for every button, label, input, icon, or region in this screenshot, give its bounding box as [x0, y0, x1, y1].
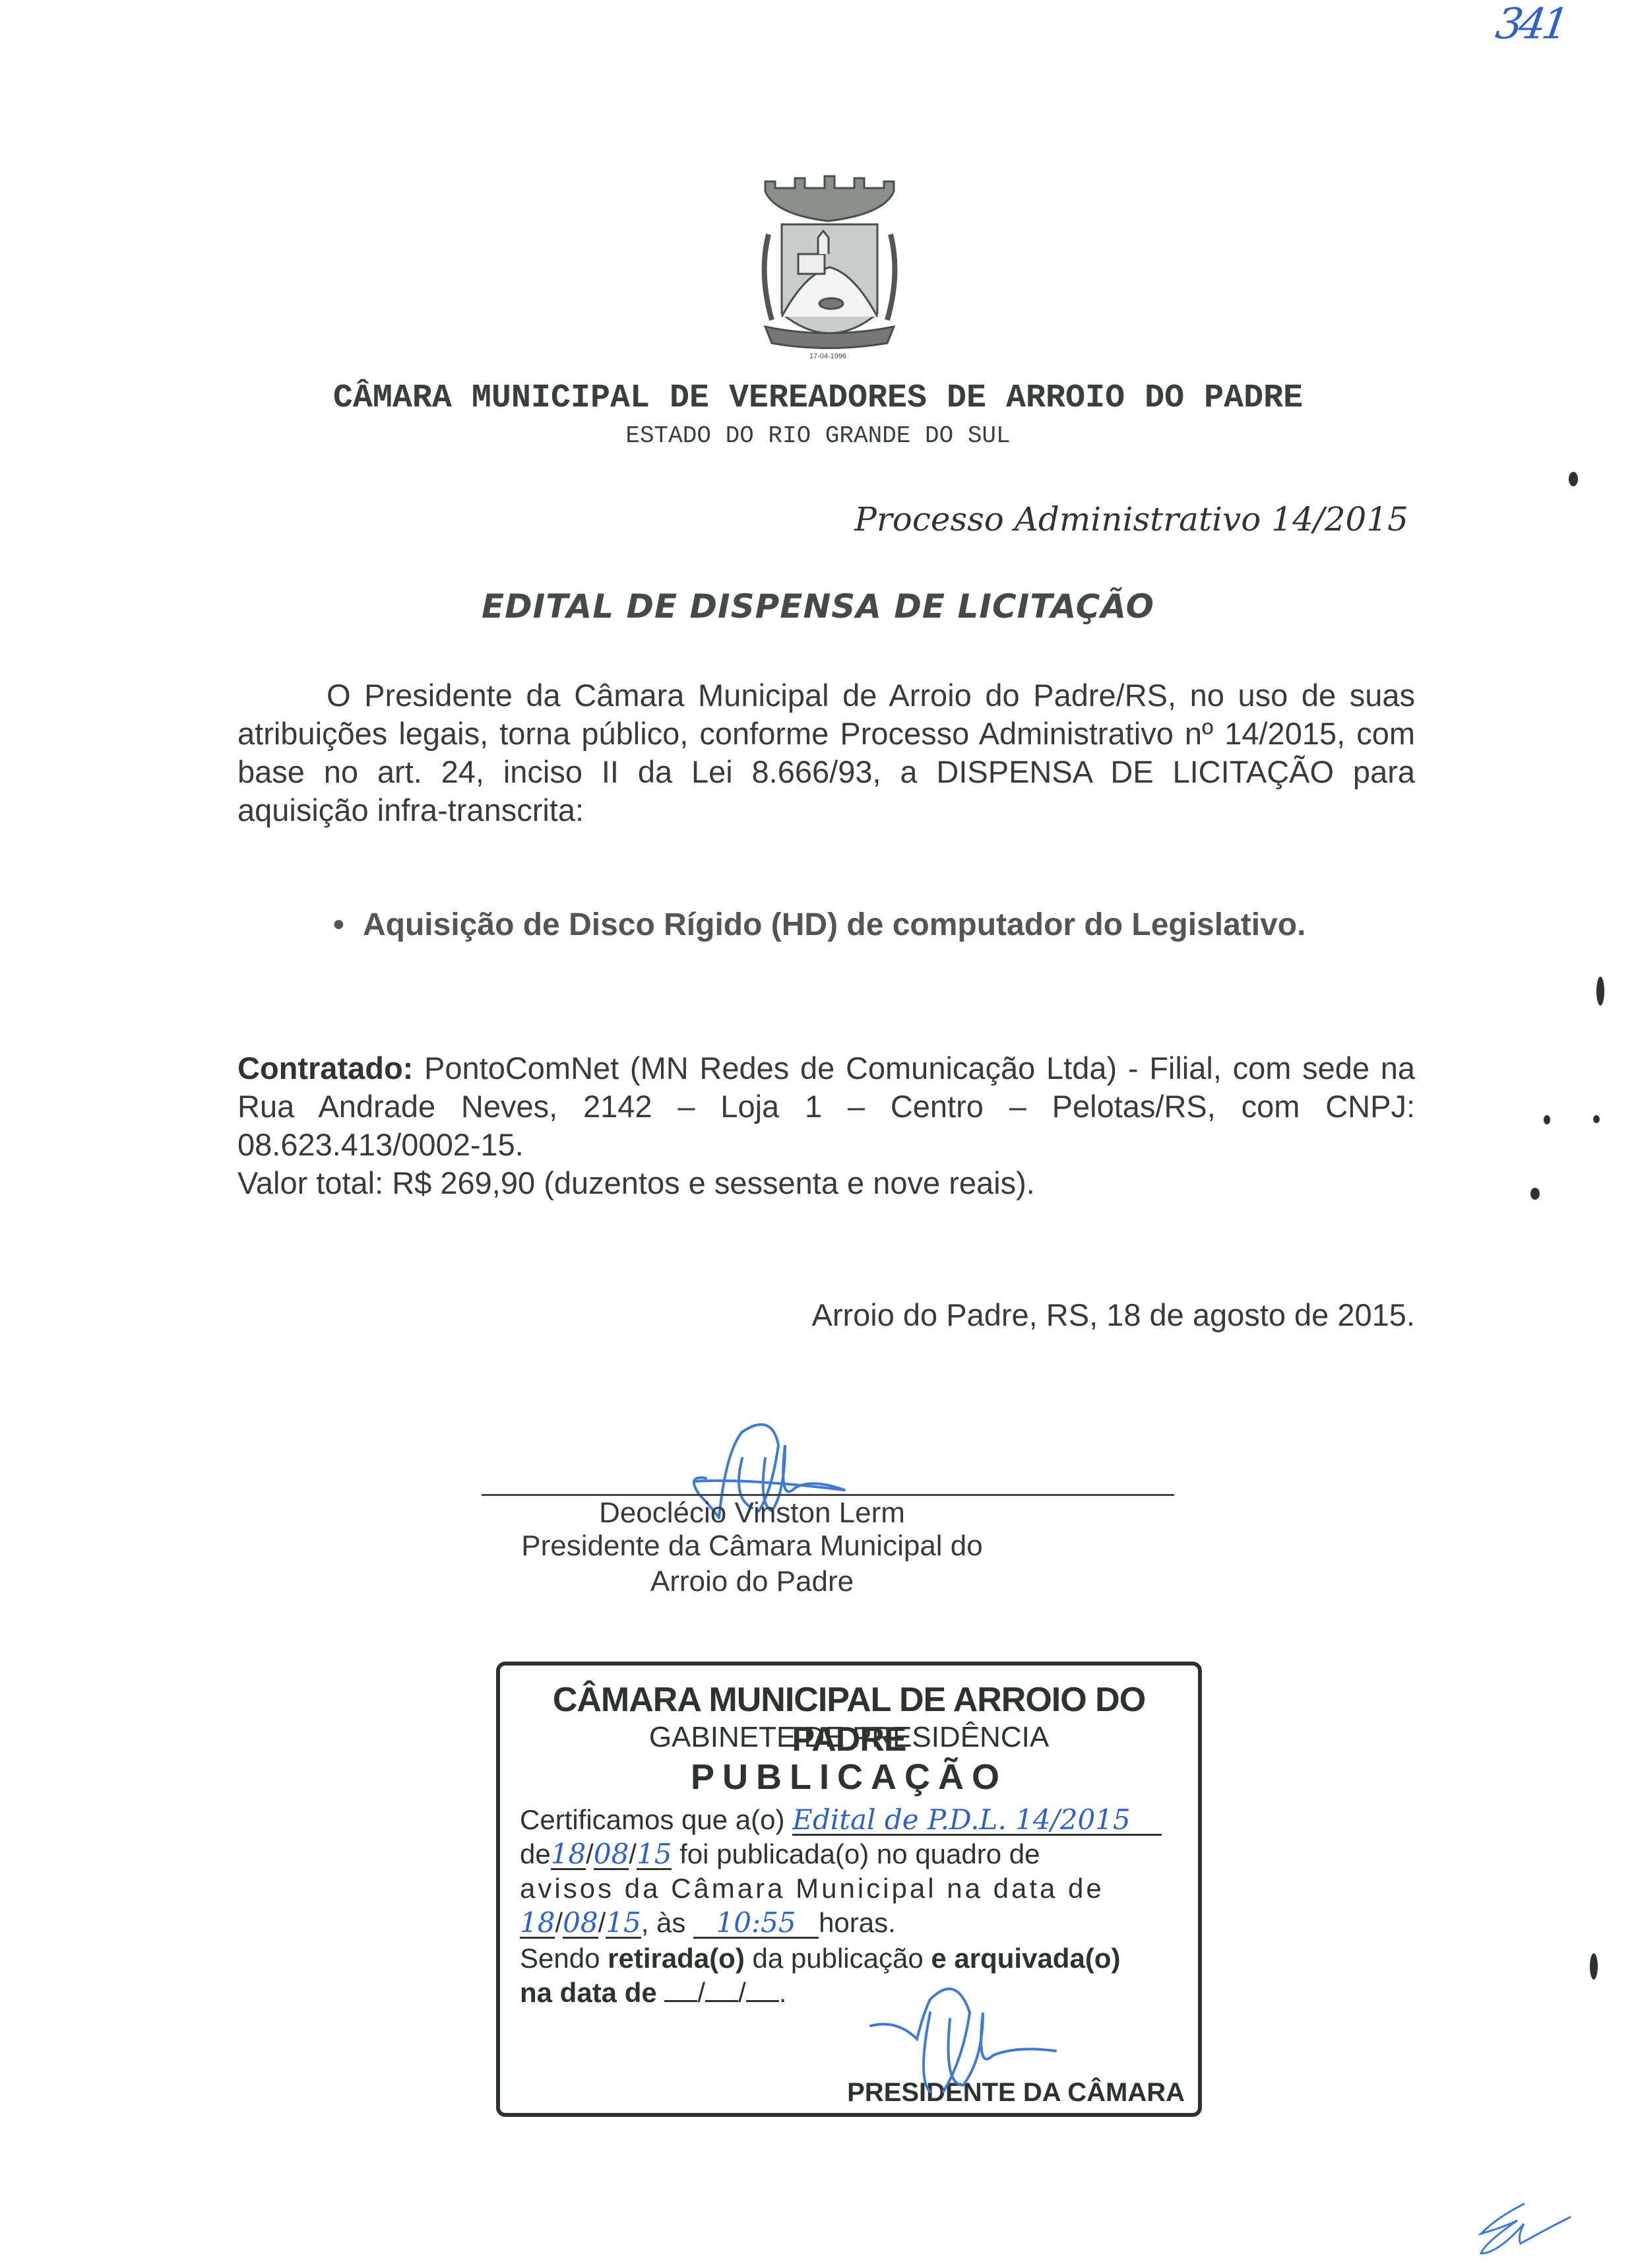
place-date: Arroio do Padre, RS, 18 de agosto de 201…	[811, 1297, 1415, 1333]
signature-line	[482, 1494, 1174, 1496]
stamp-notice-line: avisos da Câmara Municipal na data de	[520, 1871, 1178, 1906]
svg-text:17-04-1996: 17-04-1996	[809, 352, 846, 360]
scan-speck	[1596, 977, 1604, 1006]
stamp-removal-line: Sendo retirada(o) da publicação e arquiv…	[520, 1941, 1178, 1976]
archive-year-field	[746, 2000, 779, 2002]
stamp-signature-icon	[858, 1973, 1075, 2118]
stamp-archive-line: na data de //.	[520, 1976, 1178, 2010]
scan-speck	[1569, 472, 1578, 486]
archive-day-field	[664, 2000, 697, 2002]
stamp-certify-line: Certificamos que a(o) Edital de P.D.L. 1…	[520, 1803, 1178, 1837]
stamp-date-line: de18/08/15 foi publicada(o) no quadro de	[520, 1837, 1178, 1871]
institution-header: CÂMARA MUNICIPAL DE VEREADORES DE ARROIO…	[0, 379, 1636, 417]
contract-company: PontoComNet (MN Redes de Comunicação Ltd…	[237, 1051, 1415, 1162]
publication-stamp: CÂMARA MUNICIPAL DE ARROIO DO PADRE GABI…	[496, 1662, 1202, 2117]
state-header: ESTADO DO RIO GRANDE DO SUL	[0, 422, 1636, 449]
coat-of-arms-icon: 17-04-1996	[719, 162, 937, 360]
signatory-name: Deoclécio Vinston Lerm	[455, 1497, 1049, 1530]
acquisition-item-text: Aquisição de Disco Rígido (HD) de comput…	[363, 907, 1306, 942]
document-name-field: Edital de P.D.L. 14/2015	[792, 1806, 1162, 1836]
contract-block: Contratado: PontoComNet (MN Redes de Com…	[237, 1049, 1415, 1202]
doc-day-field: 18	[551, 1840, 586, 1870]
initials-icon	[1471, 2191, 1577, 2263]
stamp-title: PUBLICAÇÃO	[520, 1757, 1178, 1798]
pub-year-field: 15	[606, 1909, 641, 1939]
signatory-role: Presidente da Câmara Municipal do	[455, 1530, 1049, 1563]
handwritten-page-number: 341	[1493, 0, 1569, 49]
doc-year-field: 15	[637, 1840, 672, 1870]
pub-day-field: 18	[520, 1909, 555, 1939]
bullet-icon: •	[237, 904, 363, 946]
acquisition-item: •Aquisição de Disco Rígido (HD) de compu…	[237, 904, 1415, 946]
contract-total: Valor total: R$ 269,90 (duzentos e sesse…	[237, 1164, 1415, 1202]
pub-time-field: 10:55	[693, 1909, 819, 1939]
contract-label: Contratado:	[237, 1051, 413, 1085]
document-title: EDITAL DE DISPENSA DE LICITAÇÃO	[0, 587, 1636, 626]
stamp-publication-date-line: 18/08/15, às 10:55horas.	[520, 1906, 1178, 1940]
doc-month-field: 08	[594, 1840, 629, 1870]
body-paragraph: O Presidente da Câmara Municipal de Arro…	[237, 676, 1415, 829]
scan-speck	[1544, 1115, 1550, 1124]
scan-speck	[1530, 1188, 1540, 1200]
process-number: Processo Administrativo 14/2015	[854, 500, 1408, 538]
scan-speck	[1590, 1953, 1598, 1980]
stamp-office: GABINETE DE PRESIDÊNCIA	[520, 1721, 1178, 1754]
archive-month-field	[705, 2000, 738, 2002]
pub-month-field: 08	[563, 1909, 598, 1939]
signatory-role-continued: Arroio do Padre	[455, 1565, 1049, 1598]
scan-speck	[1593, 1115, 1600, 1123]
